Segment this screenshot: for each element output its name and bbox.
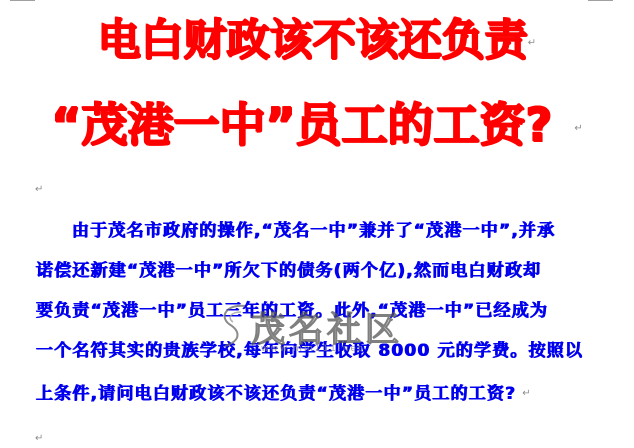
title-line-1-text: 电白财政该不该还负责: [98, 16, 528, 66]
title-line-2-text: “茂港一中”员工的工资?: [51, 98, 552, 152]
body-line-2: 诺偿还新建“茂港一中”所欠下的债务(两个亿),然而电白财政却: [36, 260, 596, 282]
document-title-line-2: “茂港一中”员工的工资?↵: [0, 96, 634, 158]
page-corner-mark-left: [10, 0, 35, 1]
body-line-1: 由于茂名市政府的操作,“茂名一中”兼并了“茂港一中”,并承: [72, 220, 632, 242]
paragraph-mark-icon: ↵: [35, 185, 43, 195]
page-corner-mark-right: [588, 0, 613, 1]
paragraph-mark-icon: ↵: [574, 123, 582, 134]
body-line-5: 上条件,请问电白财政该不该还负责“茂港一中”员工的工资?↵: [36, 383, 596, 405]
body-line-5-text: 上条件,请问电白财政该不该还负责“茂港一中”员工的工资?: [36, 384, 516, 404]
paragraph-mark-icon: ↵: [35, 434, 43, 444]
document-title-line-1: 电白财政该不该还负责↵: [0, 14, 634, 71]
body-line-4: 一个名符其实的贵族学校,每年向学生收取 8000 元的学费。按照以: [36, 340, 596, 362]
paragraph-mark-icon: ↵: [528, 38, 536, 49]
paragraph-mark-icon: ↵: [522, 388, 532, 399]
body-line-3: 要负责“茂港一中”员工三年的工资。此外,“茂港一中”已经成为: [36, 300, 596, 322]
